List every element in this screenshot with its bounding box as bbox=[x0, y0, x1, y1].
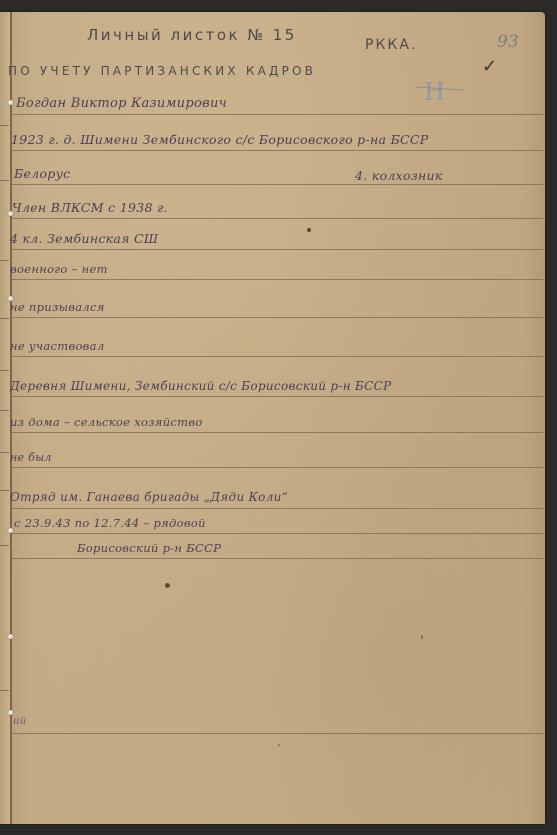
margin-tick bbox=[0, 318, 9, 319]
check-mark-icon: ✓ bbox=[482, 56, 497, 77]
ruled-line bbox=[12, 533, 543, 534]
entry-party: Член ВЛКСМ с 1938 г. bbox=[12, 200, 168, 215]
ink-speck bbox=[307, 228, 311, 232]
sheet-number: 93 bbox=[497, 32, 519, 52]
binding-hole bbox=[8, 710, 13, 715]
entry-conscription: не призывался bbox=[10, 300, 105, 314]
entry-service-period: с 23.9.43 по 12.7.44 – рядовой bbox=[14, 516, 206, 530]
entry-birth: 1923 г. д. Шимени Зембинского с/с Борисо… bbox=[11, 132, 429, 147]
ruled-line bbox=[12, 184, 543, 185]
entry-joined-from: из дома – сельское хозяйство bbox=[10, 415, 203, 429]
entry-social-origin: 4. колхозник bbox=[355, 168, 443, 183]
ruled-line bbox=[12, 114, 543, 115]
ink-speck bbox=[165, 583, 170, 588]
ruled-line bbox=[12, 249, 543, 250]
margin-tick bbox=[0, 370, 9, 371]
ruled-line bbox=[12, 218, 543, 219]
margin-note: ий bbox=[13, 716, 26, 727]
document-scan: Личный листок № 15 РККА. 93 по учету пар… bbox=[0, 0, 557, 835]
margin-tick bbox=[0, 410, 9, 411]
margin-tick bbox=[0, 125, 9, 126]
margin-tick bbox=[0, 690, 9, 691]
margin-tick bbox=[0, 180, 9, 181]
ruled-line bbox=[12, 317, 543, 318]
margin-tick bbox=[0, 452, 9, 453]
entry-nationality: Белорус bbox=[14, 166, 70, 181]
ink-speck bbox=[421, 635, 423, 639]
entry-region: Борисовский р-н БССР bbox=[77, 541, 221, 555]
entry-residence: Деревня Шимени, Зембинский с/с Борисовск… bbox=[10, 379, 392, 393]
entry-name: Богдан Виктор Казимирович bbox=[16, 96, 227, 111]
entry-war-participation: не участвовал bbox=[10, 339, 104, 353]
margin-tick bbox=[0, 490, 9, 491]
document-title-suffix: РККА. bbox=[365, 37, 417, 53]
entry-military-specialty: военного – нет bbox=[10, 262, 108, 276]
ruled-line bbox=[12, 150, 543, 151]
entry-education: 4 кл. Зембинская СШ bbox=[10, 231, 158, 246]
margin-tick bbox=[0, 260, 9, 261]
binding-hole bbox=[8, 100, 13, 105]
ruled-line bbox=[12, 432, 543, 433]
document-title: Личный листок № 15 bbox=[87, 26, 297, 44]
entry-captivity: не был bbox=[10, 451, 52, 464]
entry-unit: Отряд им. Ганаева бригады „Дяди Коли“ bbox=[10, 490, 288, 504]
margin-tick bbox=[0, 545, 9, 546]
ink-speck bbox=[278, 744, 280, 746]
binding-hole bbox=[8, 634, 13, 639]
pencil-mark: Н bbox=[424, 78, 445, 106]
ruled-line bbox=[12, 467, 543, 468]
ruled-line bbox=[12, 508, 543, 509]
document-subtitle: по учету партизанских кадров bbox=[8, 64, 316, 78]
ruled-line bbox=[12, 733, 543, 734]
ruled-line bbox=[12, 279, 543, 280]
ruled-line bbox=[12, 396, 543, 397]
ruled-line bbox=[12, 558, 543, 559]
ruled-line bbox=[12, 356, 543, 357]
